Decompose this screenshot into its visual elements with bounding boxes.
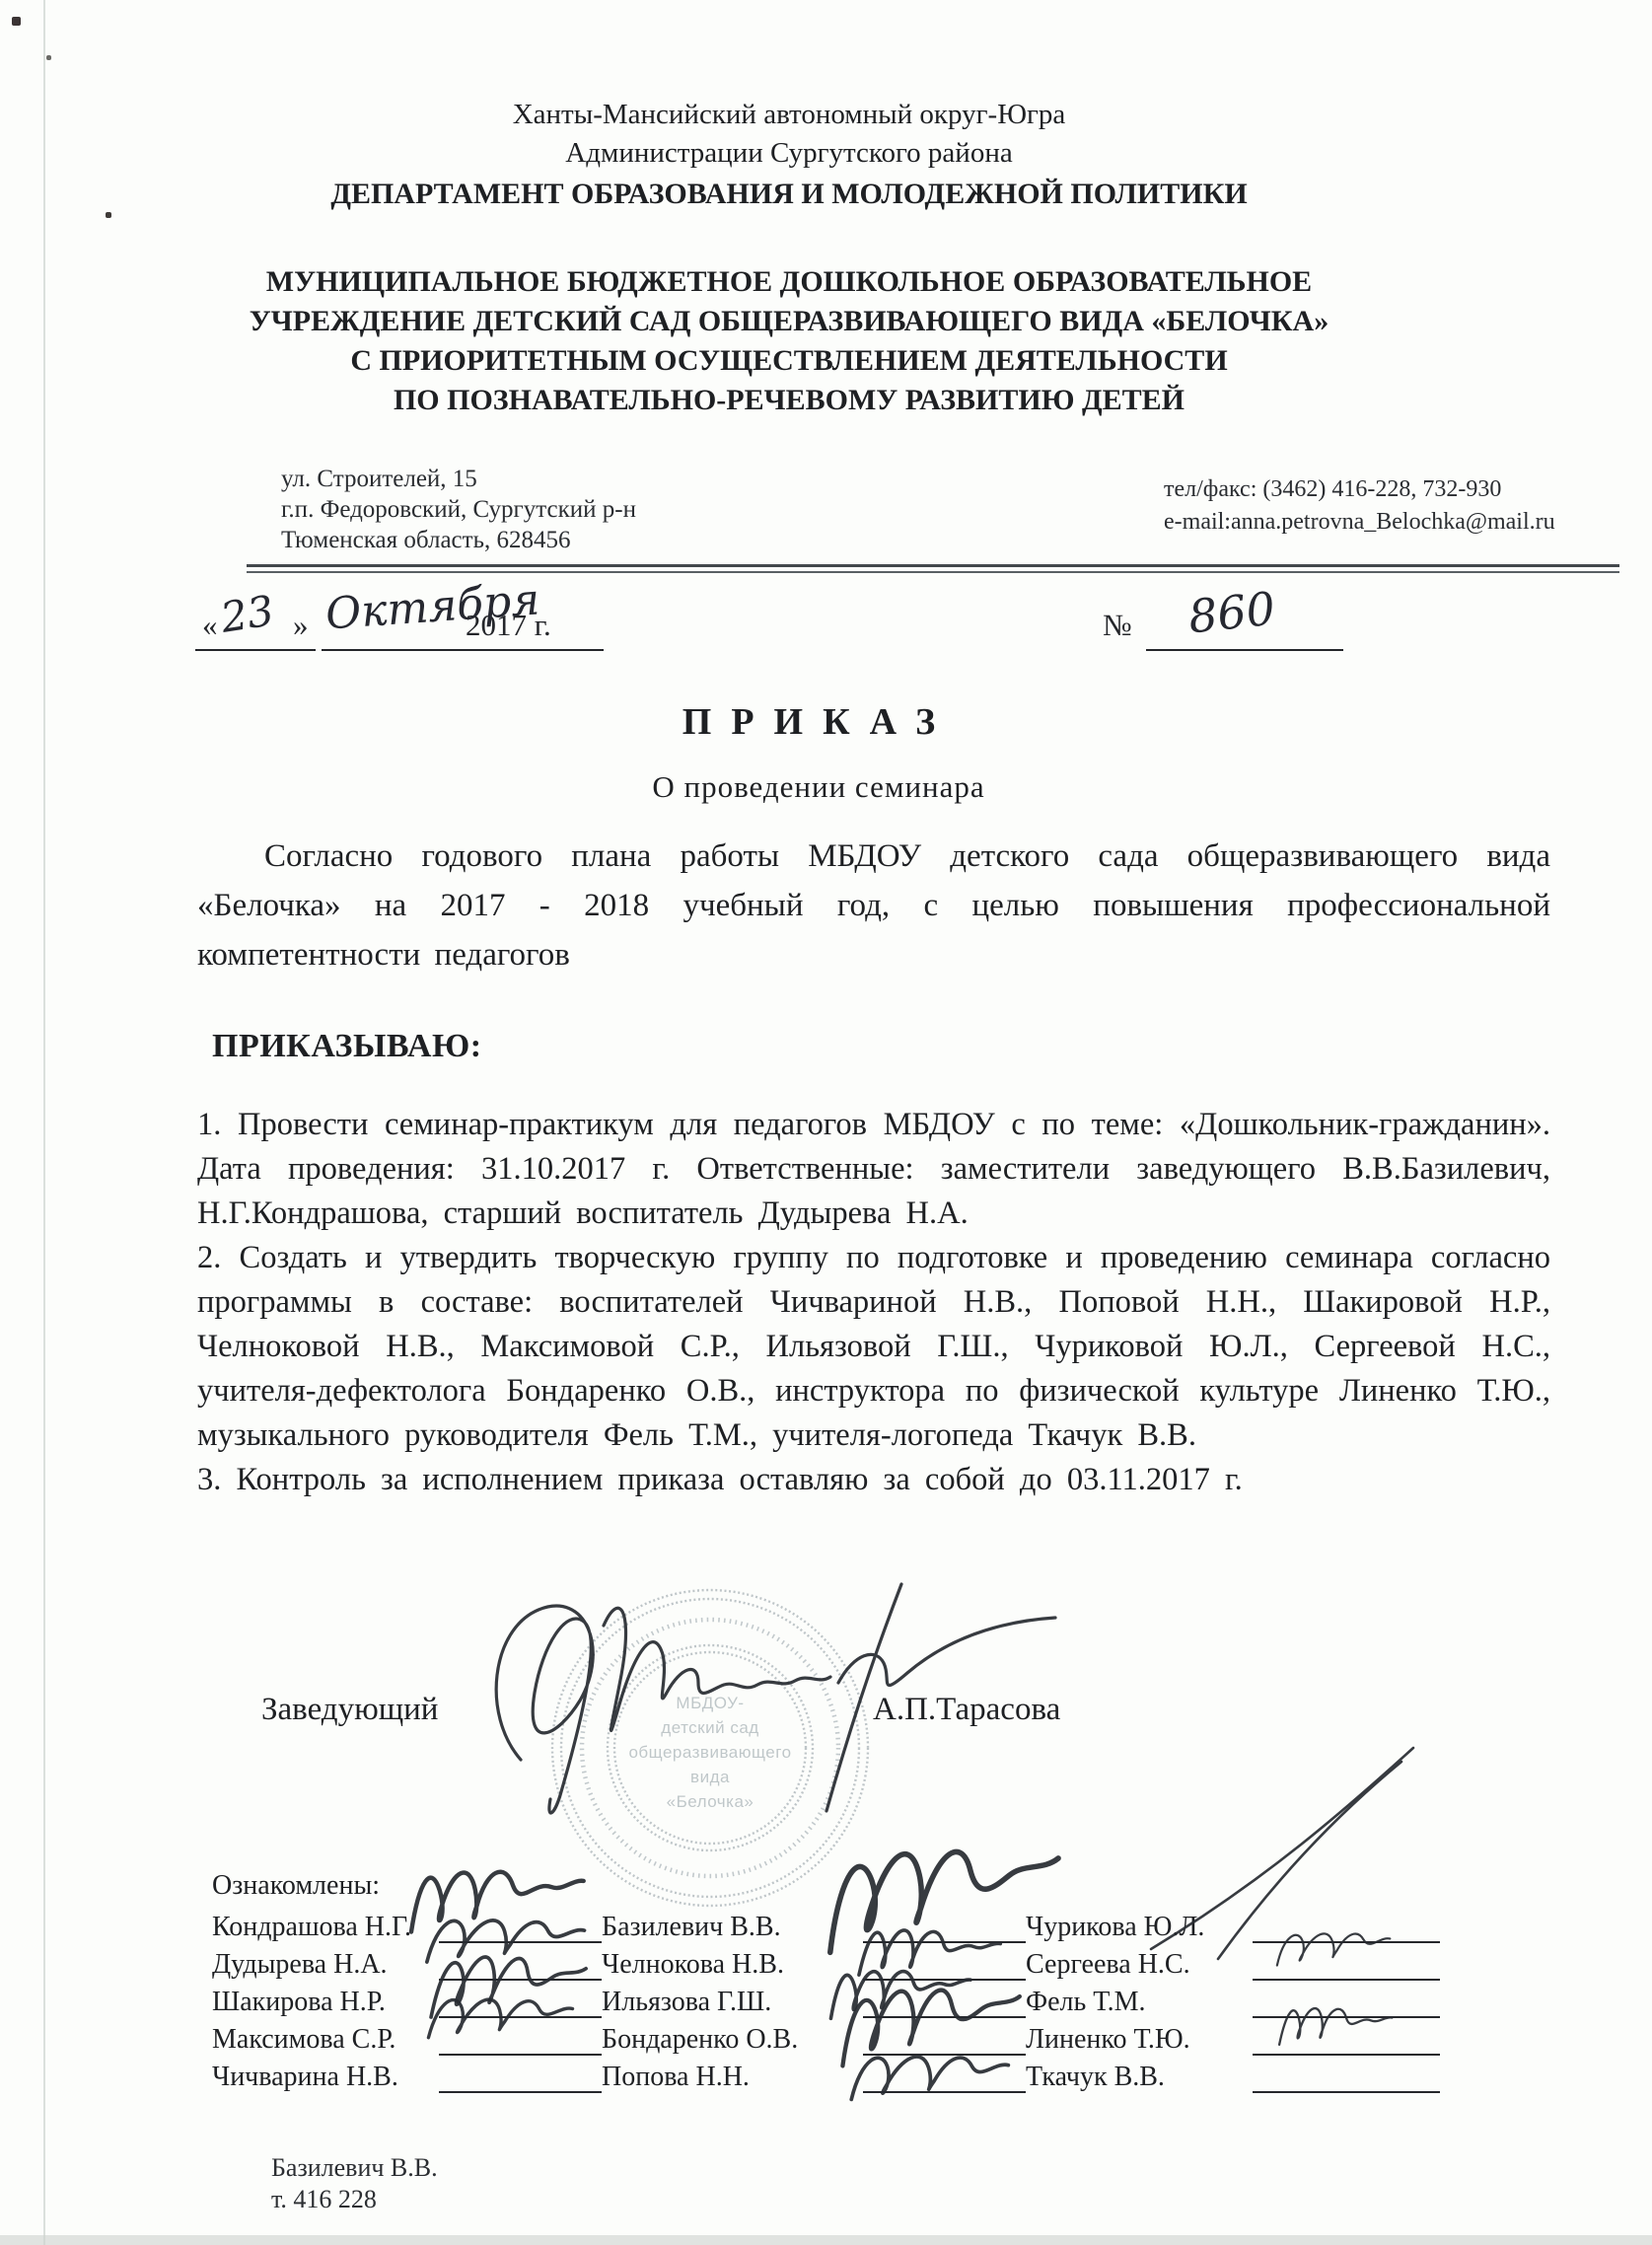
order-title: ПРИКАЗ: [0, 700, 1637, 744]
handwritten-order-number: 860: [1185, 582, 1277, 644]
contact-phone: тел/факс: (3462) 416-228, 732-930: [1164, 473, 1555, 506]
order-command: ПРИКАЗЫВАЮ:: [212, 1028, 482, 1065]
order-item-1: 1. Провести семинар-практикум для педаго…: [197, 1103, 1550, 1236]
signature-popova: [833, 2012, 1020, 2140]
date-month-line: [322, 649, 604, 651]
ack-name: Шакирова Н.Р.: [212, 1987, 439, 2018]
footer-contact-name: Базилевич В.В.: [271, 2153, 438, 2183]
ack-name: Попова Н.Н.: [602, 2062, 863, 2093]
address-town: г.п. Федоровский, Сургутский р-н: [281, 494, 636, 525]
ack-name: Чичварина Н.В.: [212, 2062, 439, 2093]
signature-line: [439, 2062, 602, 2093]
scanned-order-document: Ханты-Мансийский автономный округ-Югра А…: [0, 0, 1652, 2245]
number-sign: №: [1103, 608, 1132, 643]
footer-contact-phone: т. 416 228: [271, 2185, 377, 2214]
organization-name-line: ПО ПОЗНАВАТЕЛЬНО-РЕЧЕВОМУ РАЗВИТИЮ ДЕТЕЙ: [39, 381, 1539, 420]
address-block: ул. Строителей, 15 г.п. Федоровский, Сур…: [281, 464, 636, 555]
scan-speck: [46, 55, 51, 60]
signature-maksimova: [407, 1975, 590, 2062]
scan-speck: [106, 212, 111, 218]
order-items: 1. Провести семинар-практикум для педаго…: [197, 1103, 1550, 1502]
scan-speck: [12, 17, 21, 26]
handwritten-day: 23: [217, 586, 276, 642]
ack-name: Фель Т.М.: [1026, 1987, 1253, 2018]
order-number-line: [1146, 649, 1343, 651]
signature-line: [1253, 2062, 1440, 2093]
organization-name-line: МУНИЦИПАЛЬНОЕ БЮДЖЕТНОЕ ДОШКОЛЬНОЕ ОБРАЗ…: [39, 262, 1539, 302]
address-street: ул. Строителей, 15: [281, 464, 636, 494]
order-item-2: 2. Создать и утвердить творческую группу…: [197, 1236, 1550, 1458]
contact-email: e-mail:anna.petrovna_Belochka@mail.ru: [1164, 506, 1555, 539]
letterhead-department: ДЕПАРТАМЕНТ ОБРАЗОВАНИЯ И МОЛОДЕЖНОЙ ПОЛ…: [39, 178, 1539, 211]
organization-name: МУНИЦИПАЛЬНОЕ БЮДЖЕТНОЕ ДОШКОЛЬНОЕ ОБРАЗ…: [39, 262, 1539, 420]
director-position: Заведующий: [261, 1692, 438, 1728]
date-close-quote: »: [293, 608, 309, 643]
letterhead-divider: [247, 564, 1619, 573]
signature-linenko: [1265, 1987, 1416, 2058]
order-subject: О проведении семинара: [0, 769, 1637, 805]
date-open-quote: «: [202, 608, 218, 643]
address-region-zip: Тюменская область, 628456: [281, 525, 636, 555]
ack-name: Ткачук В.В.: [1026, 2062, 1253, 2093]
director-signature: [464, 1566, 1095, 1825]
letterhead-region: Ханты-Мансийский автономный округ-Югра: [39, 99, 1539, 131]
order-item-3: 3. Контроль за исполнением приказа остав…: [197, 1458, 1550, 1502]
ack-name: Максимова С.Р.: [212, 2024, 439, 2056]
organization-name-line: С ПРИОРИТЕТНЫМ ОСУЩЕСТВЛЕНИЕМ ДЕЯТЕЛЬНОС…: [39, 341, 1539, 381]
intro-paragraph: Согласно годового плана работы МБДОУ дет…: [197, 832, 1550, 979]
ack-name: Линенко Т.Ю.: [1026, 2024, 1253, 2056]
letterhead-administration: Администрации Сургутского района: [39, 137, 1539, 170]
organization-name-line: УЧРЕЖДЕНИЕ ДЕТСКИЙ САД ОБЩЕРАЗВИВАЮЩЕГО …: [39, 302, 1539, 341]
scan-bottom-edge: [0, 2235, 1652, 2245]
acknowledged-label: Ознакомлены:: [212, 1870, 380, 1902]
contacts-block: тел/факс: (3462) 416-228, 732-930 e-mail…: [1164, 473, 1555, 539]
date-day-line: [195, 649, 316, 651]
